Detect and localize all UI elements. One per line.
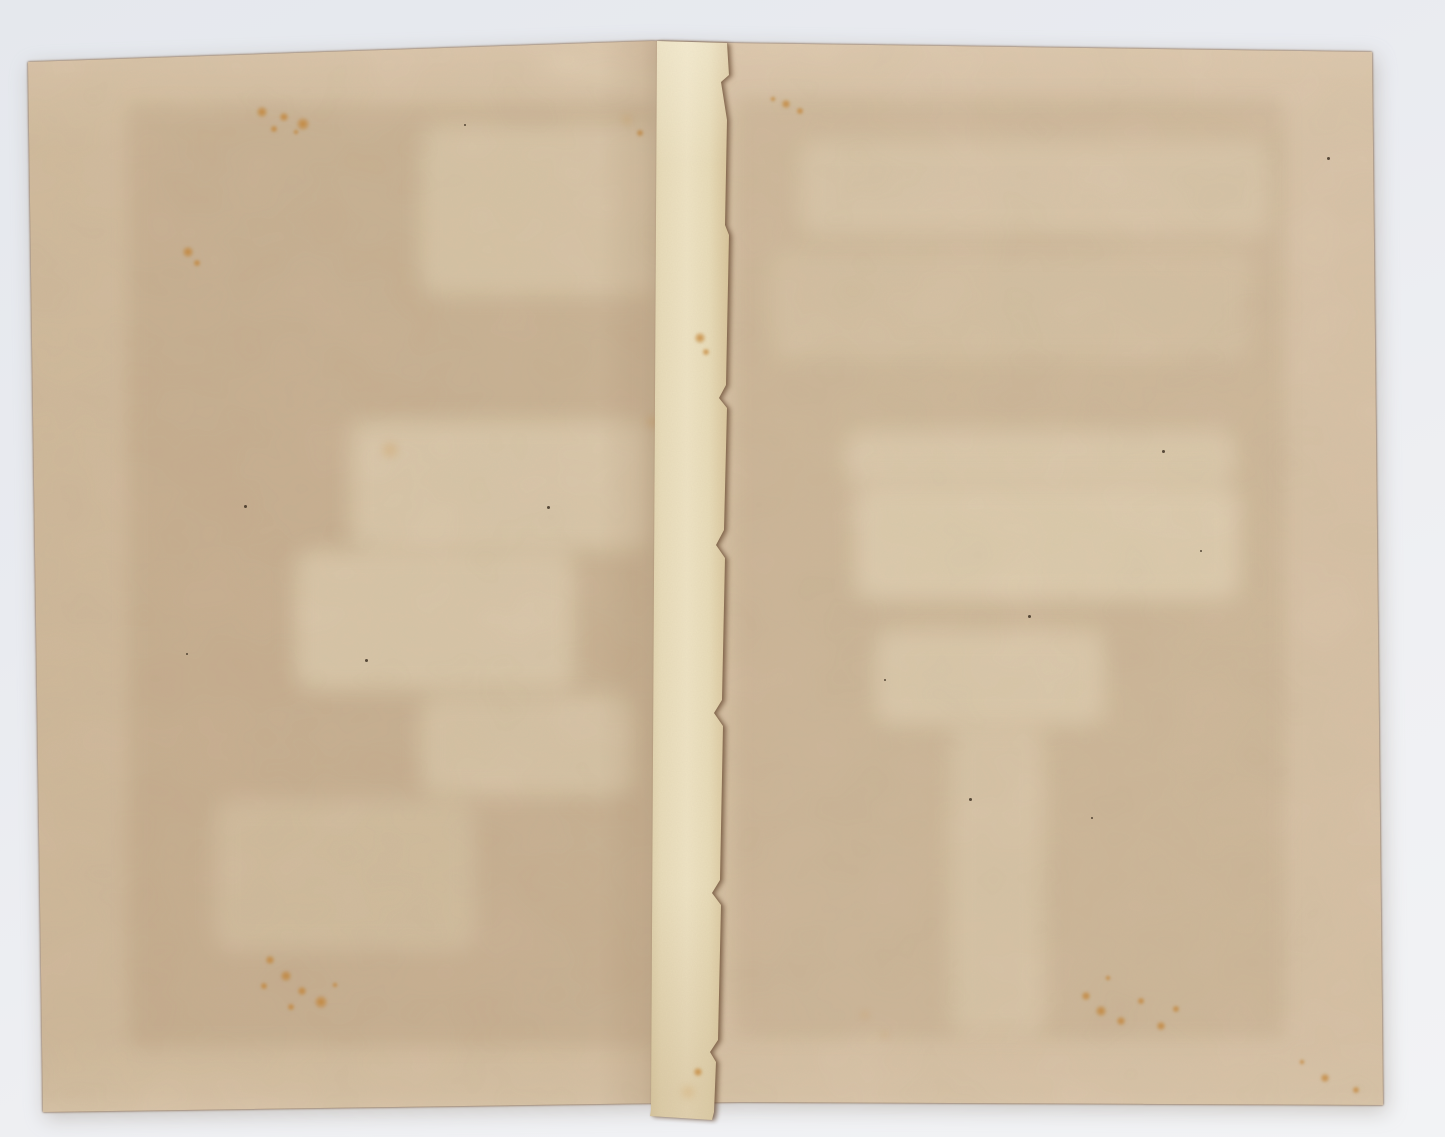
ink-speck bbox=[1200, 550, 1202, 552]
ink-speck bbox=[1162, 450, 1165, 453]
binding-strip-shadow-wrap bbox=[645, 35, 740, 1125]
ink-speck bbox=[969, 798, 972, 801]
photograph-of-antique-paper bbox=[0, 0, 1445, 1137]
ink-speck bbox=[547, 506, 550, 509]
ink-speck bbox=[244, 505, 247, 508]
ink-speck bbox=[464, 124, 466, 126]
ink-speck bbox=[1028, 615, 1031, 618]
ink-speck bbox=[186, 653, 188, 655]
foxing-spot bbox=[693, 1067, 703, 1077]
foxing-spot bbox=[702, 348, 710, 356]
ink-speck bbox=[884, 679, 886, 681]
foxing-spot bbox=[694, 332, 706, 344]
ink-speck bbox=[1091, 817, 1093, 819]
ink-speck bbox=[365, 659, 368, 662]
strip-stain-layer bbox=[645, 35, 740, 1125]
foxing-spot bbox=[680, 1084, 696, 1100]
ink-speck bbox=[1327, 157, 1330, 160]
binding-stub-strip bbox=[645, 35, 740, 1125]
